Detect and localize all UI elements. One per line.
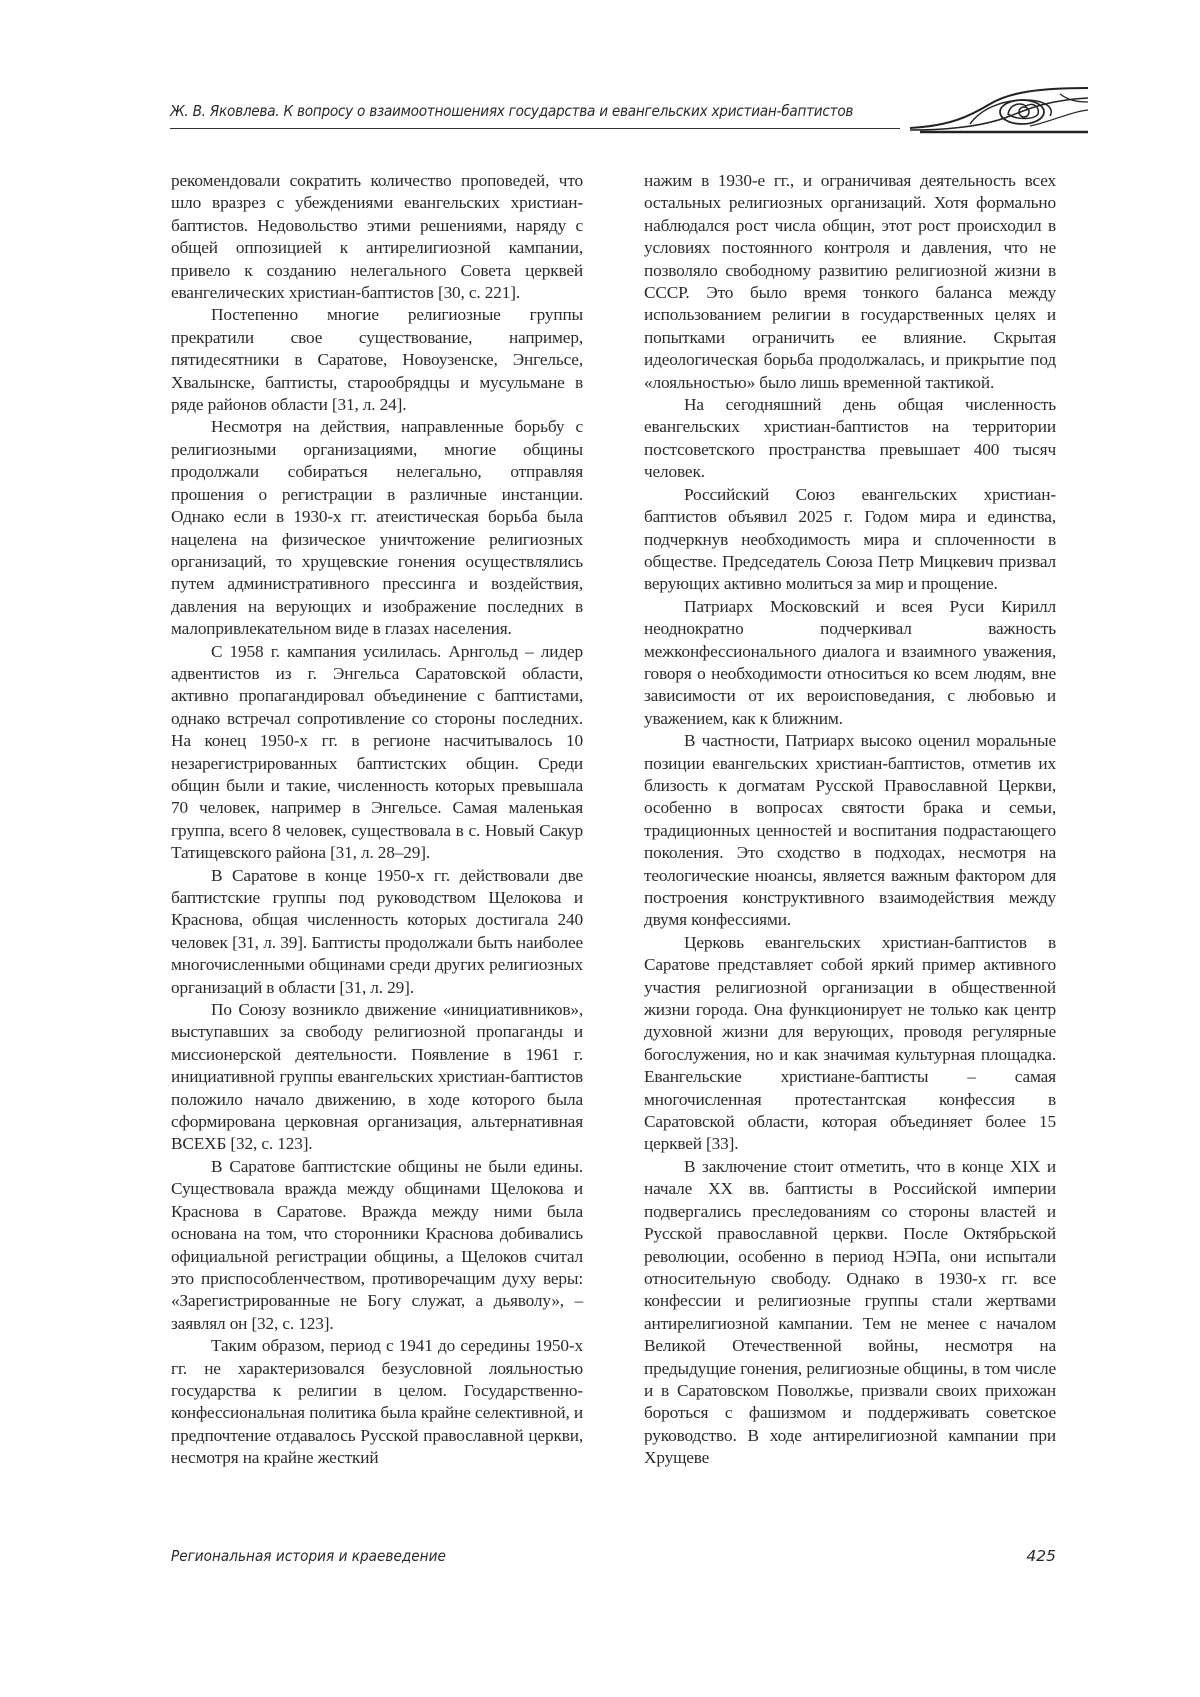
paragraph: Церковь евангельских христиан-баптистов … bbox=[644, 932, 1056, 1156]
paragraph: Постепенно многие религиозные группы пре… bbox=[171, 304, 583, 416]
paragraph: рекомендовали сократить количество пропо… bbox=[171, 170, 583, 304]
paragraph: В Саратове в конце 1950-х гг. действовал… bbox=[171, 865, 583, 999]
paragraph: На сегодняшний день общая численность ев… bbox=[644, 394, 1056, 484]
paragraph: Несмотря на действия, направленные борьб… bbox=[171, 416, 583, 640]
right-column: нажим в 1930-е гг., и ограничивая деятел… bbox=[644, 170, 1056, 1470]
paragraph: В заключение стоит отметить, что в конце… bbox=[644, 1156, 1056, 1470]
paragraph: С 1958 г. кампания усилилась. Арнгольд –… bbox=[171, 641, 583, 865]
paragraph: Патриарх Московский и всея Руси Кирилл н… bbox=[644, 596, 1056, 730]
running-title: Ж. В. Яковлева. К вопросу о взаимоотноше… bbox=[170, 102, 853, 120]
paragraph: Российский Союз евангельских христиан-ба… bbox=[644, 484, 1056, 596]
paragraph: нажим в 1930-е гг., и ограничивая деятел… bbox=[644, 170, 1056, 394]
paragraph: Таким образом, период с 1941 до середины… bbox=[171, 1335, 583, 1469]
running-header: Ж. В. Яковлева. К вопросу о взаимоотноше… bbox=[170, 98, 1070, 138]
journal-section-title: Региональная история и краеведение bbox=[171, 1547, 446, 1565]
left-column: рекомендовали сократить количество пропо… bbox=[171, 170, 583, 1470]
paragraph: В Саратове баптистские общины не были ед… bbox=[171, 1156, 583, 1335]
page-number: 425 bbox=[1026, 1547, 1056, 1565]
decorative-ornament-icon bbox=[910, 86, 1090, 134]
paragraph: В частности, Патриарх высоко оценил мора… bbox=[644, 730, 1056, 932]
header-rule bbox=[170, 128, 900, 129]
paragraph: По Союзу возникло движение «инициативник… bbox=[171, 999, 583, 1156]
